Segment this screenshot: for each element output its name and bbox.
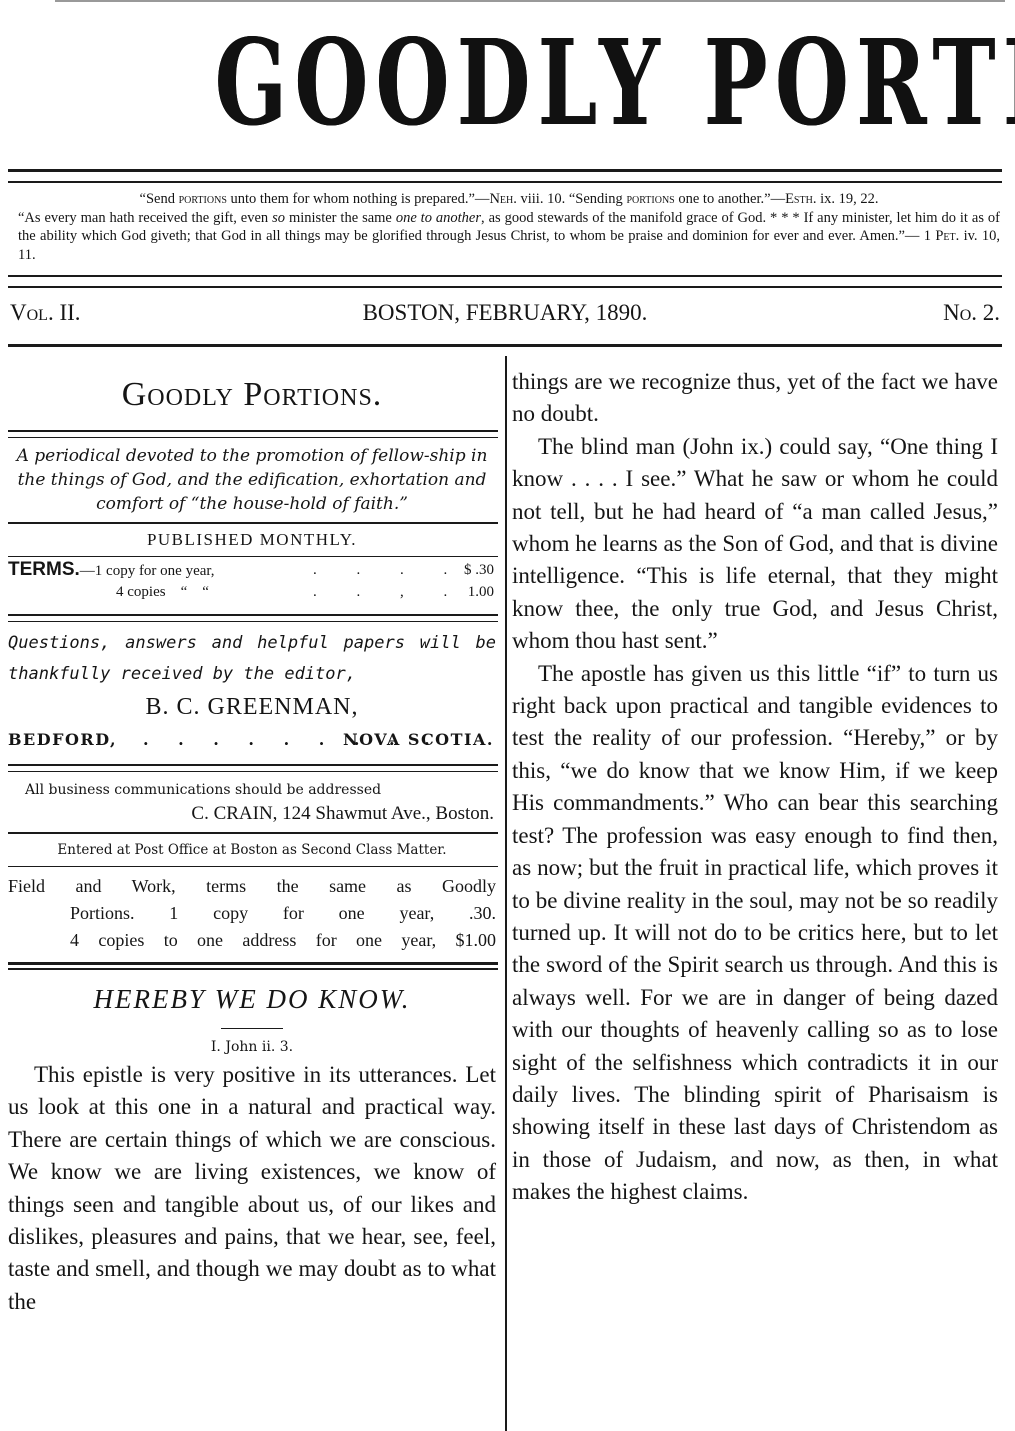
dateline-rule [8,344,1002,347]
terms-dots: . . , . [313,582,465,602]
epigraph-paragraph-2: “As every man hath received the gift, ev… [18,209,1000,265]
business-instruction: All business communications should be ad… [8,778,496,802]
article-paragraph: The apostle has given us this little “if… [512,658,998,1209]
epigraph-italic: one to another [396,210,481,226]
sidebar-rule [8,764,498,766]
article-paragraph: things are we recognize thus, yet of the… [512,366,998,431]
top-border-rule [55,0,1005,2]
field-work-line: Portions. 1 copy for one year, .30. [8,900,496,927]
epigraph-rule-bottom-2 [8,286,1002,288]
article-body-left: This epistle is very positive in its utt… [8,1059,496,1318]
editor-town: BEDFORD, [8,724,117,756]
terms-label: TERMS. [8,559,80,580]
terms-price: $ .30 [464,560,494,580]
epigraph-citation: Neh. [489,191,516,207]
epigraph-rule-bottom [8,275,1002,277]
article-paragraph: This epistle is very positive in its utt… [8,1059,496,1318]
right-column: things are we recognize thus, yet of the… [512,366,998,1209]
epigraph-text: unto them for whom nothing is prepared.”… [227,191,490,207]
sidebar-rule [8,962,498,965]
issue-number: No. 2. [943,297,1000,329]
masthead-title: GOODLY PORTIONS. [215,8,1015,158]
terms-desc: 4 copies “ “ [116,582,209,602]
business-contact: C. CRAIN, 124 Shawmut Ave., Boston. [8,802,496,826]
post-office-notice: Entered at Post Office at Boston as Seco… [8,834,496,866]
epigraph-text: “Send [140,191,179,207]
column-divider [505,356,507,1431]
field-and-work-notice: Field and Work, terms the same as Goodly… [8,867,496,962]
title-short-rule [221,1028,283,1030]
editor-province: NOVA SCOTIA. [343,724,494,756]
epigraph-smallcaps: portions [179,191,227,207]
epigraph-text: viii. 10. “Sending [517,191,627,207]
left-column: Goodly Portions. A periodical devoted to… [8,356,496,1318]
terms-desc: —1 copy for one year, [80,563,215,579]
sidebar-title: Goodly Portions. [8,360,496,430]
article-paragraph: The blind man (John ix.) could say, “One… [512,431,998,658]
epigraph: “Send portions unto them for whom nothin… [18,190,1000,264]
sidebar-rule [8,614,498,616]
epigraph-text: minister the same [285,210,396,226]
epigraph-smallcaps: portions [626,191,674,207]
editor-note: Questions, answers and helpful papers wi… [8,622,496,690]
terms-row: TERMS.—1 copy for one year, . . . . $ .3… [8,560,498,582]
epigraph-citation: Esth. [785,191,816,207]
masthead-rule-thin [8,181,1002,183]
terms-row: 4 copies “ “ . . , . 1.00 [8,582,498,604]
masthead-rule-thick [8,169,1002,172]
published-monthly: PUBLISHED MONTHLY. [8,524,496,556]
business-address: All business communications should be ad… [8,772,496,826]
field-work-line: 4 copies to one address for one year, $1… [8,927,496,954]
terms-dots: . . . . [313,560,465,580]
scripture-reference: I. John ii. 3. [8,1035,496,1059]
epigraph-text: ix. 19, 22. [816,191,878,207]
sidebar-rule [8,968,498,970]
sidebar-rule [8,430,498,432]
place-date: BOSTON, FEBRUARY, 1890. [10,297,1000,329]
terms-block: TERMS.—1 copy for one year, . . . . $ .3… [8,557,496,608]
editor-name: B. C. GREENMAN, [8,690,496,724]
field-work-line: Field and Work, terms the same as Goodly [8,873,496,900]
article-title: HEREBY WE DO KNOW. [8,974,496,1024]
masthead: GOODLY PORTIONS. [0,8,1015,158]
epigraph-text: “As every man hath received the gift, ev… [18,210,272,226]
epigraph-citation: Pet. [935,228,959,244]
epigraph-line-1: “Send portions unto them for whom nothin… [18,190,1000,209]
epigraph-text: one to another.”— [675,191,785,207]
dateline: Vol. II. BOSTON, FEBRUARY, 1890. No. 2. [10,297,1000,329]
epigraph-italic: so [272,210,285,226]
terms-price: 1.00 [468,582,494,602]
sidebar-tagline: A periodical devoted to the promotion of… [8,438,496,522]
editor-place: BEDFORD, . . . . . . . . . NOVA SCOTIA. [8,724,496,756]
